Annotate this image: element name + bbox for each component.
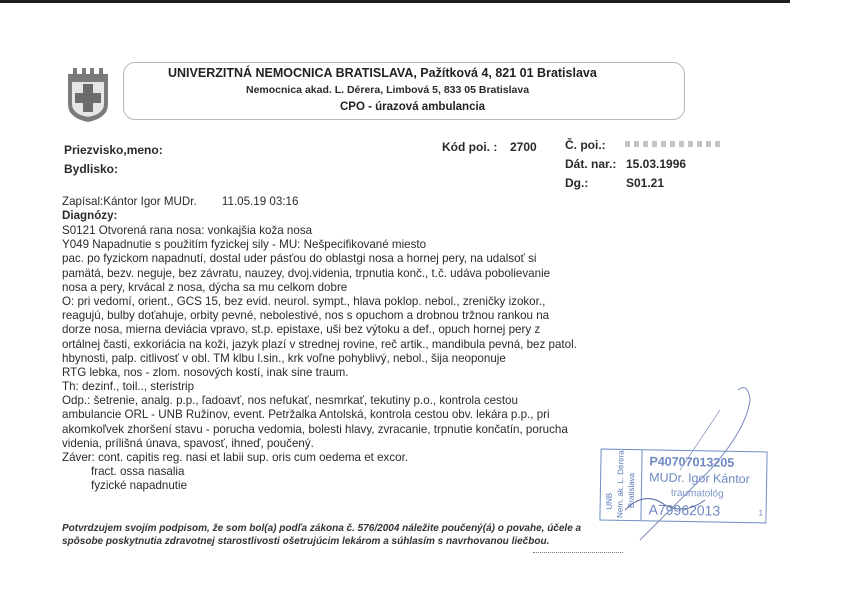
record-line: pac. po fyzickom napadnutí, dostal uder … xyxy=(62,252,577,266)
record-body: S0121 Otvorená rana nosa: vonkajšia koža… xyxy=(62,224,577,494)
stamp-side-text: UNB xyxy=(605,493,614,510)
insurance-number-redacted xyxy=(625,141,720,147)
record-line: RTG lebka, nos - zlom. nosových kostí, i… xyxy=(62,366,577,380)
stamp-side-panel: UNB Nem. ak. L. Dérera Bratislava xyxy=(600,450,642,521)
record-line: videnia, prílišná únava, spavosť, ihneď,… xyxy=(62,437,577,451)
record-line: Y049 Napadnutie s použitím fyzickej sily… xyxy=(62,238,577,252)
record-author-line: Zapísal:Kántor Igor MUDr. 11.05.19 03:16 xyxy=(62,195,298,209)
record-line: Odp.: šetrenie, analg. p.p., ľadoavť, no… xyxy=(62,394,577,408)
diagnosis-code-value: S01.21 xyxy=(626,176,664,190)
stamp-doctor: MUDr. Igor Kántor xyxy=(649,470,750,486)
hospital-address: Nemocnica akad. L. Dérera, Limbová 5, 83… xyxy=(246,84,529,96)
record-line: dorze nosa, mierna deviácia vpravo, st.p… xyxy=(62,323,577,337)
record-line: hbynosti, palp. citlivosť v obl. TM klbu… xyxy=(62,352,577,366)
conclusion-line: fyzické napadnutie xyxy=(62,479,577,493)
record-author: Zapísal:Kántor Igor MUDr. xyxy=(62,195,197,208)
diagnoses-heading: Diagnózy: xyxy=(62,209,117,223)
stamp-side-text: Nem. ak. L. Dérera xyxy=(615,450,625,518)
record-line: ambulancie ORL - UNB Ružinov, event. Pet… xyxy=(62,408,577,422)
insurer-code-label: Kód poi. : xyxy=(442,140,497,154)
conclusion-line: Záver: cont. capitis reg. nasi et labii … xyxy=(62,451,577,465)
stamp-index: 1 xyxy=(758,508,763,517)
record-line: Th: dezinf., toil.., steristrip xyxy=(62,380,577,394)
institution-title: UNIVERZITNÁ NEMOCNICA BRATISLAVA, Pažítk… xyxy=(168,66,597,80)
birth-date-label: Dát. nar.: xyxy=(565,157,616,171)
diagnosis-code-label: Dg.: xyxy=(565,176,588,190)
department-name: CPO - úrazová ambulancia xyxy=(340,101,485,113)
conclusion-line: fract. ossa nasalia xyxy=(62,465,577,479)
insurance-number-label: Č. poi.: xyxy=(565,138,606,152)
record-line: nosa a pery, krvácal z nosa, dýcha sa mu… xyxy=(62,281,577,295)
signature-line xyxy=(533,552,623,553)
insurer-code-value: 2700 xyxy=(510,140,537,154)
address-label: Bydlisko: xyxy=(64,162,118,176)
consent-statement: Potvrdzujem svojím podpisom, že som bol(… xyxy=(62,522,581,548)
record-line: ortálnej časti, exkoriácia na koži, jazy… xyxy=(62,338,577,352)
top-edge-bar xyxy=(0,0,790,3)
hospital-cross-shield-icon xyxy=(66,66,110,122)
consent-line: spôsobe poskytnutia zdravotnej starostli… xyxy=(62,535,581,548)
record-line: akomkoľvek zhoršení stavu - porucha vedo… xyxy=(62,423,577,437)
record-datetime: 11.05.19 03:16 xyxy=(200,195,299,208)
doctor-stamp: UNB Nem. ak. L. Dérera Bratislava P40707… xyxy=(599,449,767,524)
record-line: reagujú, bulby doťahuje, orbity pevné, n… xyxy=(62,309,577,323)
consent-line: Potvrdzujem svojím podpisom, že som bol(… xyxy=(62,522,581,535)
stamp-code: P40707013205 xyxy=(649,454,734,469)
stamp-number: A79962013 xyxy=(648,501,720,518)
stamp-side-text: Bratislava xyxy=(627,473,637,508)
stamp-specialty: traumatológ xyxy=(671,488,724,500)
record-line: O: pri vedomí, orient., GCS 15, bez evid… xyxy=(62,295,577,309)
record-line: S0121 Otvorená rana nosa: vonkajšia koža… xyxy=(62,224,577,238)
birth-date-value: 15.03.1996 xyxy=(626,157,686,171)
record-line: pamätá, bezv. neguje, bez závratu, nauze… xyxy=(62,267,577,281)
name-label: Priezvisko,meno: xyxy=(64,143,163,157)
